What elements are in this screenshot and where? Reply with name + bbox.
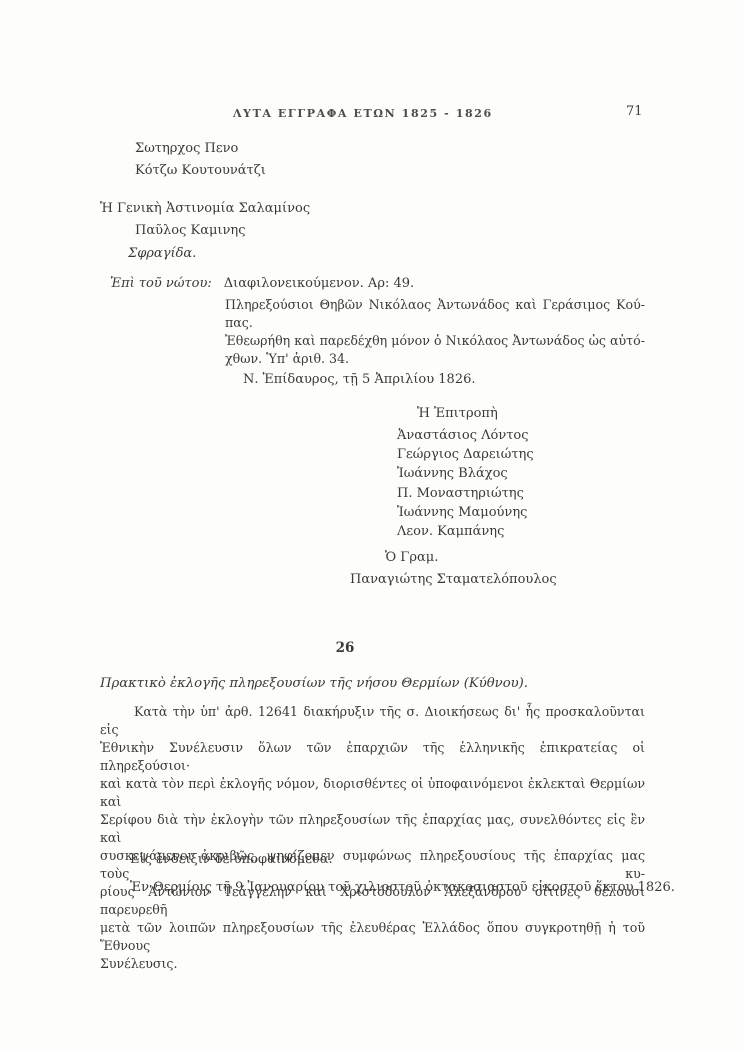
dateline-thermia: Ἐν Θερμίοις τῇ 9 Ἰανουαρίου τοῦ χιλιοστο… — [130, 879, 675, 897]
body-line: Ἐθνικὴν Συνέλευσιν ὅλων τῶν ἐπαρχιῶν τῆς… — [100, 739, 645, 775]
dateline-epidavros: Ν. Ἐπίδαυρος, τῇ 5 Ἀπριλίου 1826. — [243, 371, 476, 389]
authority-line: Ἡ Γενικὴ Ἀστινομία Σαλαμίνος — [100, 200, 310, 218]
secretary-name: Παναγιώτης Σταματελόπουλος — [350, 571, 557, 589]
committee-member: Γεώργιος Δαρειώτης — [397, 445, 534, 464]
spacer — [212, 275, 224, 293]
verso-block: Πληρεξούσιοι Θηβῶν Νικόλαος Ἀντωνάδος κα… — [225, 296, 645, 368]
committee-member: Λεον. Καμπάνης — [397, 522, 534, 541]
signatory-line: Κότζω Κουτουνάτζι — [135, 162, 266, 180]
attestation-line: Εἰς ἔνδειξιν δὲ ὑποφαινόμεθα. — [130, 851, 333, 869]
body-line: Κατὰ τὴν ὑπ' ἀρθ. 12641 διακήρυξιν τῆς σ… — [100, 703, 645, 739]
verso-first-line: Διαφιλονεικούμενον. Αρ: 49. — [224, 275, 414, 293]
running-title: ΛΥΤΑ ΕΓΓΡΑΦΑ ΕΤΩΝ 1825 - 1826 — [233, 107, 493, 120]
verso-line: χθων. Ὑπ' ἀριθ. 34. — [225, 350, 645, 368]
verso-line: πας. — [225, 314, 645, 332]
committee-member: Ἰωάννης Μαμούνης — [397, 503, 534, 522]
verso-label: Ἐπὶ τοῦ νώτου: — [110, 275, 212, 293]
committee-list: Ἀναστάσιος Λόντος Γεώργιος Δαρειώτης Ἰωά… — [397, 426, 534, 541]
secretary-title: Ὁ Γραμ. — [385, 549, 438, 567]
committee-member: Ἀναστάσιος Λόντος — [397, 426, 534, 445]
committee-member: Ἰωάννης Βλάχος — [397, 464, 534, 483]
page-number: 71 — [626, 104, 643, 119]
scanned-book-page: ΛΥΤΑ ΕΓΓΡΑΦΑ ΕΤΩΝ 1825 - 1826 71 Σωτηρχο… — [0, 0, 743, 1052]
verso-row: Ἐπὶ τοῦ νώτου: Διαφιλονεικούμενον. Αρ: 4… — [110, 275, 414, 293]
document-body: Κατὰ τὴν ὑπ' ἀρθ. 12641 διακήρυξιν τῆς σ… — [100, 703, 645, 973]
committee-heading: Ἡ Ἐπιτροπὴ — [417, 405, 498, 423]
authority-signer: Παῦλος Καμινης — [135, 222, 246, 240]
verso-line: Πληρεξούσιοι Θηβῶν Νικόλαος Ἀντωνάδος κα… — [225, 296, 645, 314]
seal-note: Σφραγίδα. — [128, 245, 196, 263]
body-line: καὶ κατὰ τὸν περὶ ἐκλογῆς νόμον, διορισθ… — [100, 775, 645, 811]
document-number: 26 — [300, 640, 390, 656]
verso-line: Ἐθεωρήθη καὶ παρεδέχθη μόνον ὁ Νικόλαος … — [225, 332, 645, 350]
document-title: Πρακτικὸ ἐκλογῆς πληρεξουσίων τῆς νήσου … — [100, 676, 528, 691]
body-line: Συνέλευσις. — [100, 955, 645, 973]
committee-member: Π. Μοναστηριώτης — [397, 484, 534, 503]
body-line: Σερίφου διὰ τὴν ἐκλογὴν τῶν πληρεξουσίων… — [100, 811, 645, 847]
signatory-line: Σωτηρχος Πενο — [135, 140, 238, 158]
body-line: μετὰ τῶν λοιπῶν πληρεξουσίων τῆς ἐλευθέρ… — [100, 919, 645, 955]
